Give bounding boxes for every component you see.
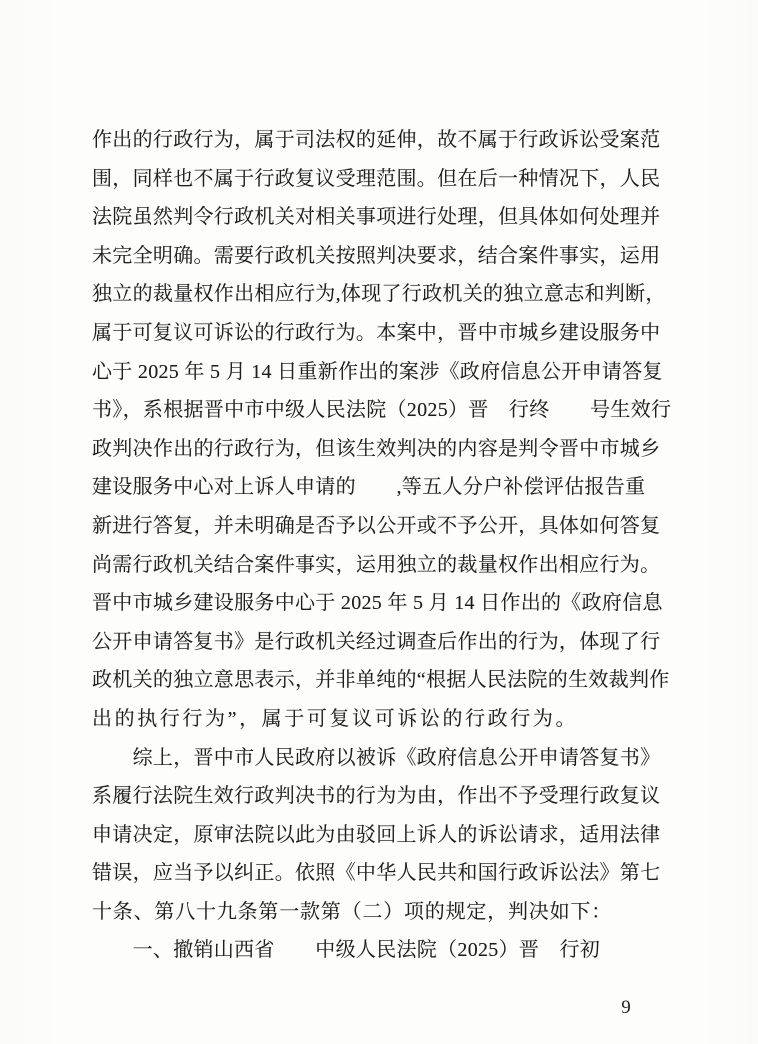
text-line: 新进行答复，并未明确是否予以公开或不予公开，具体如何答复 — [92, 507, 662, 546]
text-line: 书》，系根据晋中市中级人民法院（2025）晋 行终 号生效行 — [92, 391, 662, 430]
text-line: 作出的行政行为，属于司法权的延伸，故不属于行政诉讼受案范 — [92, 121, 662, 160]
text-line: 属于可复议可诉讼的行政行为。本案中，晋中市城乡建设服务中 — [92, 314, 662, 353]
text-line: 一、撤销山西省 中级人民法院（2025）晋 行初 — [92, 931, 662, 970]
text-line: 综上，晋中市人民政府以被诉《政府信息公开申请答复书》 — [92, 739, 662, 778]
text-line: 未完全明确。需要行政机关按照判决要求，结合案件事实，运用 — [92, 237, 662, 276]
text-line: 围，同样也不属于行政复议受理范围。但在后一种情况下，人民 — [92, 160, 662, 199]
text-line: 公开申请答复书》是行政机关经过调查后作出的行为，体现了行 — [92, 623, 662, 662]
text-line: 尚需行政机关结合案件事实，运用独立的裁量权作出相应行为。 — [92, 546, 662, 585]
text-line: 政判决作出的行政行为，但该生效判决的内容是判令晋中市城乡 — [92, 430, 662, 469]
page-number: 9 — [610, 993, 642, 1023]
text-line: 心于 2025 年 5 月 14 日重新作出的案涉《政府信息公开申请答复 — [92, 353, 662, 392]
document-page: 作出的行政行为，属于司法权的延伸，故不属于行政诉讼受案范围，同样也不属于行政复议… — [0, 0, 758, 1044]
text-line: 建设服务中心对上诉人申请的 ,等五人分户补偿评估报告重 — [92, 468, 662, 507]
text-line: 错误，应当予以纠正。依照《中华人民共和国行政诉讼法》第七 — [92, 854, 662, 893]
text-line: 十条、第八十九条第一款第（二）项的规定，判决如下： — [92, 893, 662, 932]
text-line: 晋中市城乡建设服务中心于 2025 年 5 月 14 日作出的《政府信息 — [92, 584, 662, 623]
text-line: 系履行法院生效行政判决书的行为为由，作出不予受理行政复议 — [92, 777, 662, 816]
text-line: 法院虽然判令行政机关对相关事项进行处理，但具体如何处理并 — [92, 198, 662, 237]
judgment-body-text: 作出的行政行为，属于司法权的延伸，故不属于行政诉讼受案范围，同样也不属于行政复议… — [92, 121, 662, 970]
text-line: 申请决定，原审法院以此为由驳回上诉人的诉讼请求，适用法律 — [92, 816, 662, 855]
text-line: 独立的裁量权作出相应行为,体现了行政机关的独立意志和判断， — [92, 275, 662, 314]
text-line: 政机关的独立意思表示，并非单纯的“根据人民法院的生效裁判作 — [92, 661, 662, 700]
text-line: 出的执行行为”，属于可复议可诉讼的行政行为。 — [92, 700, 662, 739]
